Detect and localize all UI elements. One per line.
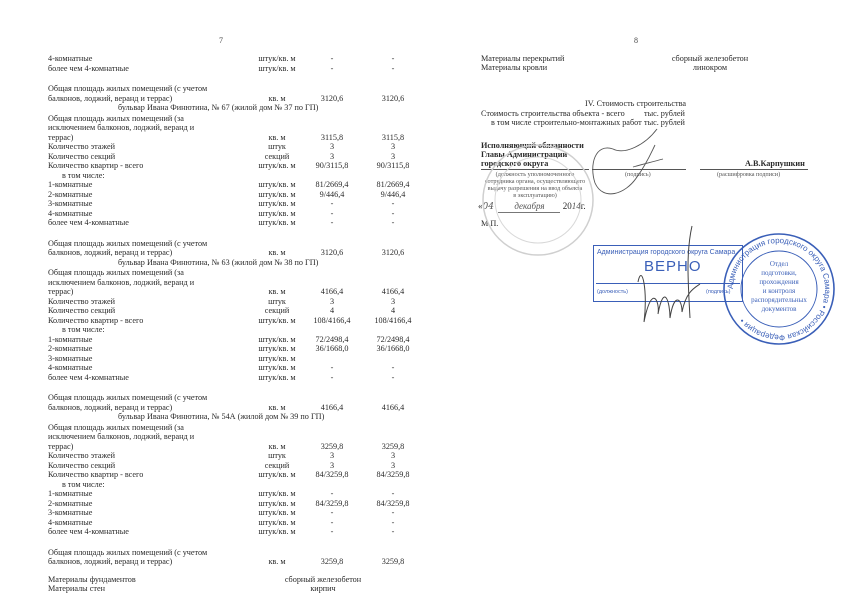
table-row: террас)кв. м3115,83115,8 <box>48 133 378 143</box>
row-value-design: 84/3259,8 <box>302 499 362 509</box>
table-row: более чем 4-комнатныештук/кв. м-- <box>48 373 378 383</box>
table-row: 1-комнатныештук/кв. м72/2498,472/2498,4 <box>48 335 378 345</box>
row-label: Количество квартир - всего <box>48 161 143 171</box>
table-row: Количество квартир - всегоштук/кв. м108/… <box>48 316 378 326</box>
row-label: более чем 4-комнатные <box>48 527 129 537</box>
row-value-design: 36/1668,0 <box>302 344 362 354</box>
row-value-actual: 4166,4 <box>363 403 423 413</box>
row-label: балконов, лоджий, веранд и террас) <box>48 403 172 413</box>
material-roof-value: линокром <box>640 63 780 73</box>
page-number-left: 7 <box>219 36 223 46</box>
building-title: бульвар Ивана Финютина, № 54А (жилой дом… <box>118 412 324 422</box>
row-value-design: - <box>302 373 362 383</box>
row-value-actual: - <box>363 199 423 209</box>
table-row: Количество этажейштук33 <box>48 451 378 461</box>
row-value-actual: 72/2498,4 <box>363 335 423 345</box>
row-label: Общая площадь жилых помещений (за <box>48 114 184 124</box>
row-value-design: 3 <box>302 451 362 461</box>
table-row: Количество квартир - всегоштук/кв. м90/3… <box>48 161 378 171</box>
row-label: Количество этажей <box>48 297 115 307</box>
row-label: 3-комнатные <box>48 508 92 518</box>
row-value-design: 90/3115,8 <box>302 161 362 171</box>
row-value-design: - <box>302 54 362 64</box>
row-value-actual: 3120,6 <box>363 94 423 104</box>
row-label: исключением балконов, лоджий, веранд и <box>48 278 194 288</box>
table-row: 4-комнатныештук/кв. м-- <box>48 209 378 219</box>
row-value-design: - <box>302 64 362 74</box>
row-label: Общая площадь жилых помещений (с учетом <box>48 239 207 249</box>
row-value-actual: 3120,6 <box>363 248 423 258</box>
row-label: более чем 4-комнатные <box>48 64 129 74</box>
row-label: Количество секций <box>48 152 115 162</box>
table-row: 4-комнатныештук/кв. м-- <box>48 518 378 528</box>
table-row: балконов, лоджий, веранд и террас)кв. м4… <box>48 403 378 413</box>
row-label: 4-комнатные <box>48 54 92 64</box>
row-value-actual: 3259,8 <box>363 557 423 567</box>
table-row: 3-комнатныештук/кв. м <box>48 354 378 364</box>
row-label: Количество секций <box>48 461 115 471</box>
round-stamp-icon: Администрация городского округа Самара •… <box>720 230 838 348</box>
table-row: Количество секцийсекций33 <box>48 461 378 471</box>
row-label: 2-комнатные <box>48 190 92 200</box>
table-row: 3-комнатныештук/кв. м-- <box>48 508 378 518</box>
row-value-actual: 3259,8 <box>363 442 423 452</box>
row-label: исключением балконов, лоджий, веранд и <box>48 123 194 133</box>
row-value-design: 4 <box>302 306 362 316</box>
row-value-design: 3 <box>302 142 362 152</box>
table-row: в том числе: <box>48 480 378 490</box>
row-value-design: 3259,8 <box>302 442 362 452</box>
row-value-actual: - <box>363 527 423 537</box>
table-row: 2-комнатныештук/кв. м9/446,49/446,4 <box>48 190 378 200</box>
svg-text:подготовки,: подготовки, <box>761 269 797 277</box>
table-row: 1-комнатныештук/кв. м-- <box>48 489 378 499</box>
table-row: Общая площадь жилых помещений (за <box>48 423 378 433</box>
row-label: Количество квартир - всего <box>48 470 143 480</box>
row-value-design: 3120,6 <box>302 94 362 104</box>
table-row: Общая площадь жилых помещений (с учетом <box>48 393 378 403</box>
row-label: 4-комнатные <box>48 209 92 219</box>
row-value-actual: 81/2669,4 <box>363 180 423 190</box>
row-value-design: 108/4166,4 <box>302 316 362 326</box>
svg-text:документов: документов <box>762 305 798 313</box>
name-line <box>700 169 808 170</box>
row-value-actual: 108/4166,4 <box>363 316 423 326</box>
table-row: Количество секцийсекций44 <box>48 306 378 316</box>
table-row: Количество этажейштук33 <box>48 142 378 152</box>
table-row: Количество квартир - всегоштук/кв. м84/3… <box>48 470 378 480</box>
signature-icon <box>585 125 675 205</box>
row-value-actual: - <box>363 54 423 64</box>
table-row: 4-комнатныештук/кв. м-- <box>48 54 378 64</box>
row-value-actual: 3 <box>363 142 423 152</box>
row-value-design: 3115,8 <box>302 133 362 143</box>
row-label: более чем 4-комнатные <box>48 218 129 228</box>
row-label: балконов, лоджий, веранд и террас) <box>48 557 172 567</box>
row-unit: штук/кв. м <box>242 354 312 364</box>
row-value-design: - <box>302 489 362 499</box>
row-label: 4-комнатные <box>48 518 92 528</box>
table-row: Общая площадь жилых помещений (с учетом <box>48 84 378 94</box>
row-value-design: - <box>302 209 362 219</box>
row-value-design: 81/2669,4 <box>302 180 362 190</box>
row-material-value: кирпич <box>258 584 388 594</box>
table-row: Количество секцийсекций33 <box>48 152 378 162</box>
svg-text:Отдел: Отдел <box>770 260 789 268</box>
row-value-actual: - <box>363 508 423 518</box>
row-value-design: - <box>302 508 362 518</box>
row-label: террас) <box>48 287 73 297</box>
row-value-design: 3259,8 <box>302 557 362 567</box>
row-material-value: сборный железобетон <box>258 575 388 585</box>
row-value-design: 3 <box>302 297 362 307</box>
row-label: террас) <box>48 133 73 143</box>
table-row: террас)кв. м4166,44166,4 <box>48 287 378 297</box>
table-row: Общая площадь жилых помещений (за <box>48 268 378 278</box>
table-row: 2-комнатныештук/кв. м36/1668,036/1668,0 <box>48 344 378 354</box>
row-label: в том числе: <box>48 480 105 490</box>
row-label: 2-комнатные <box>48 499 92 509</box>
row-value-actual: 3115,8 <box>363 133 423 143</box>
row-label: Количество этажей <box>48 451 115 461</box>
row-label: Общая площадь жилых помещений (с учетом <box>48 548 207 558</box>
row-value-actual: - <box>363 64 423 74</box>
row-value-actual: 4166,4 <box>363 287 423 297</box>
row-value-actual: 3 <box>363 451 423 461</box>
row-value-design: - <box>302 363 362 373</box>
building-title: бульвар Ивана Финютина, № 63 (жилой дом … <box>118 258 318 268</box>
row-label: 1-комнатные <box>48 180 92 190</box>
table-row: 2-комнатныештук/кв. м84/3259,884/3259,8 <box>48 499 378 509</box>
row-label: в том числе: <box>48 325 105 335</box>
row-value-actual: 3 <box>363 152 423 162</box>
table-row: балконов, лоджий, веранд и террас)кв. м3… <box>48 248 378 258</box>
row-value-design: 3120,6 <box>302 248 362 258</box>
row-label: 3-комнатные <box>48 354 92 364</box>
row-label: 4-комнатные <box>48 363 92 373</box>
row-value-design: 72/2498,4 <box>302 335 362 345</box>
row-value-actual: 3 <box>363 297 423 307</box>
row-label: Общая площадь жилых помещений (с учетом <box>48 393 207 403</box>
row-label: Материалы стен <box>48 584 105 594</box>
row-label: Количество этажей <box>48 142 115 152</box>
table-row: в том числе: <box>48 325 378 335</box>
table-row: исключением балконов, лоджий, веранд и <box>48 432 378 442</box>
table-row: более чем 4-комнатныештук/кв. м-- <box>48 64 378 74</box>
table-row: 1-комнатныештук/кв. м81/2669,481/2669,4 <box>48 180 378 190</box>
row-label: Общая площадь жилых помещений (за <box>48 268 184 278</box>
row-value-actual: 90/3115,8 <box>363 161 423 171</box>
table-row: 4-комнатныештук/кв. м-- <box>48 363 378 373</box>
table-row: Материалы фундаментовсборный железобетон <box>48 575 378 585</box>
row-label: более чем 4-комнатные <box>48 373 129 383</box>
faded-seal-icon <box>478 140 598 260</box>
svg-text:и контроля: и контроля <box>763 287 796 295</box>
row-label: 1-комнатные <box>48 489 92 499</box>
row-value-design: 84/3259,8 <box>302 470 362 480</box>
table-row: в том числе: <box>48 171 378 181</box>
row-label: Количество секций <box>48 306 115 316</box>
row-value-design: 9/446,4 <box>302 190 362 200</box>
table-row: Общая площадь жилых помещений (с учетом <box>48 239 378 249</box>
row-label: балконов, лоджий, веранд и террас) <box>48 248 172 258</box>
row-label: Общая площадь жилых помещений (за <box>48 423 184 433</box>
row-label: 3-комнатные <box>48 199 92 209</box>
table-row: исключением балконов, лоджий, веранд и <box>48 123 378 133</box>
row-label: Общая площадь жилых помещений (с учетом <box>48 84 207 94</box>
section-title-cost: IV. Стоимость строительства <box>585 99 686 109</box>
row-value-actual: 9/446,4 <box>363 190 423 200</box>
row-value-actual: 3 <box>363 461 423 471</box>
row-value-design: 3 <box>302 461 362 471</box>
row-label: 1-комнатные <box>48 335 92 345</box>
building-title: бульвар Ивана Финютина, № 67 (жилой дом … <box>118 103 318 113</box>
table-row: балконов, лоджий, веранд и террас)кв. м3… <box>48 557 378 567</box>
table-row: более чем 4-комнатныештук/кв. м-- <box>48 527 378 537</box>
row-value-design: - <box>302 527 362 537</box>
name-caption: (расшифровка подписи) <box>717 171 780 178</box>
row-value-actual: - <box>363 489 423 499</box>
row-value-actual: 4 <box>363 306 423 316</box>
row-label: Количество квартир - всего <box>48 316 143 326</box>
row-value-actual: - <box>363 363 423 373</box>
signatory-name: А.В.Карпушкин <box>745 159 805 169</box>
svg-text:прохождения: прохождения <box>759 278 799 286</box>
table-row: Общая площадь жилых помещений (с учетом <box>48 548 378 558</box>
stamp-signature-icon <box>630 222 720 332</box>
row-value-actual: - <box>363 518 423 528</box>
row-value-design: - <box>302 218 362 228</box>
row-label: Материалы фундаментов <box>48 575 136 585</box>
row-value-actual: - <box>363 218 423 228</box>
row-label: террас) <box>48 442 73 452</box>
row-value-design: 3 <box>302 152 362 162</box>
row-value-actual: - <box>363 373 423 383</box>
svg-text:распорядительных: распорядительных <box>751 296 807 304</box>
page-number-right: 8 <box>634 36 638 46</box>
row-value-actual: 84/3259,8 <box>363 470 423 480</box>
row-value-design: 4166,4 <box>302 403 362 413</box>
table-row: исключением балконов, лоджий, веранд и <box>48 278 378 288</box>
row-value-design: - <box>302 199 362 209</box>
row-value-actual: - <box>363 209 423 219</box>
stamp-position-caption: (должность) <box>597 288 628 298</box>
row-label: балконов, лоджий, веранд и террас) <box>48 94 172 104</box>
row-label: в том числе: <box>48 171 105 181</box>
row-value-actual: 36/1668,0 <box>363 344 423 354</box>
table-row: Количество этажейштук33 <box>48 297 378 307</box>
table-row: балконов, лоджий, веранд и террас)кв. м3… <box>48 94 378 104</box>
row-label: исключением балконов, лоджий, веранд и <box>48 432 194 442</box>
row-value-actual: 84/3259,8 <box>363 499 423 509</box>
material-roof-label: Материалы кровли <box>481 63 547 73</box>
table-row: террас)кв. м3259,83259,8 <box>48 442 378 452</box>
table-row: 3-комнатныештук/кв. м-- <box>48 199 378 209</box>
row-label: 2-комнатные <box>48 344 92 354</box>
row-value-design: 4166,4 <box>302 287 362 297</box>
table-row: более чем 4-комнатныештук/кв. м-- <box>48 218 378 228</box>
table-row: Общая площадь жилых помещений (за <box>48 114 378 124</box>
table-row: Материалы стенкирпич <box>48 584 378 594</box>
row-value-design: - <box>302 518 362 528</box>
